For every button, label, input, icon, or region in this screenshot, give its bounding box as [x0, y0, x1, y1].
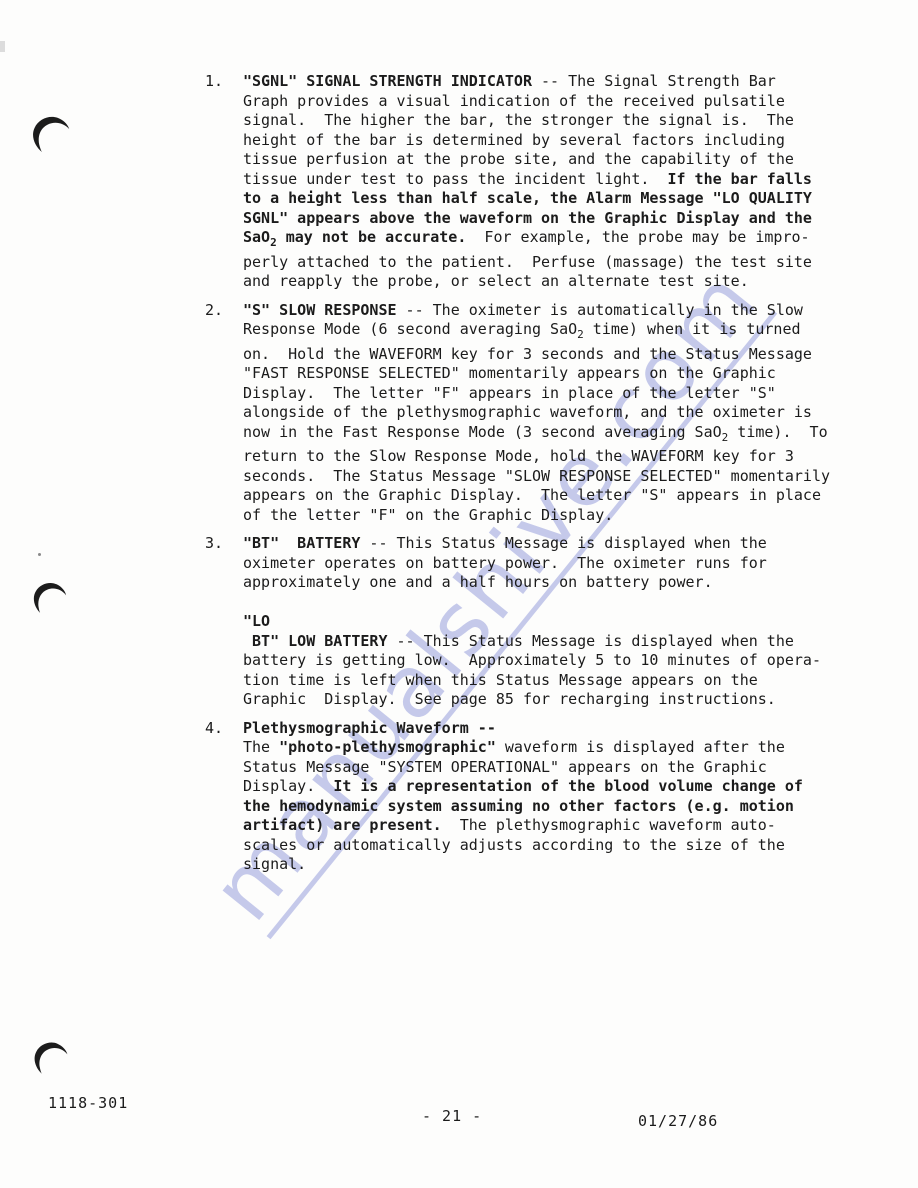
item-number-3: 3. — [205, 534, 243, 710]
bold-text: "SGNL" SIGNAL STRENGTH INDICATOR — [243, 72, 532, 90]
scanned-manual-page: manualshive.com 1. "SGNL" SIGNAL STRENGT… — [0, 0, 918, 1188]
item-number-2: 2. — [205, 301, 243, 526]
scan-artifact-crescent-1 — [26, 111, 73, 155]
subscript-text: 2 — [270, 236, 277, 249]
scan-artifact-edge-mark — [0, 41, 5, 52]
list-item-2: 2. "S" SLOW RESPONSE -- The oximeter is … — [205, 301, 845, 526]
subscript-text: 2 — [577, 328, 584, 341]
item-text-1: "SGNL" SIGNAL STRENGTH INDICATOR -- The … — [243, 72, 843, 292]
bold-text: may not be accurate. — [277, 228, 467, 246]
scan-artifact-crescent-3 — [29, 1038, 70, 1076]
item-text-4: Plethysmographic Waveform -- The "photo-… — [243, 719, 843, 875]
bold-text: "BT" BATTERY — [243, 534, 360, 552]
footer-date: 01/27/86 — [638, 1112, 718, 1130]
bold-text: Plethysmographic Waveform -- — [243, 719, 496, 737]
body-text: time) when it is turned on. Hold the WAV… — [243, 320, 812, 441]
bold-text: "photo-plethysmographic" — [279, 738, 496, 756]
item-text-2: "S" SLOW RESPONSE -- The oximeter is aut… — [243, 301, 843, 526]
item-number-1: 1. — [205, 72, 243, 292]
footer-page-number: - 21 - — [422, 1107, 482, 1125]
scan-artifact-dot — [38, 553, 41, 556]
body-text: The — [243, 738, 279, 756]
bold-text: "LO BT" LOW BATTERY — [243, 612, 388, 650]
list-item-4: 4. Plethysmographic Waveform -- The "pho… — [205, 719, 845, 875]
footer-doc-number: 1118-301 — [48, 1094, 128, 1112]
document-body: 1. "SGNL" SIGNAL STRENGTH INDICATOR -- T… — [205, 72, 845, 884]
list-item-3: 3. "BT" BATTERY -- This Status Message i… — [205, 534, 845, 710]
item-number-4: 4. — [205, 719, 243, 875]
bold-text: "S" SLOW RESPONSE — [243, 301, 397, 319]
scan-artifact-crescent-2 — [30, 579, 68, 614]
item-text-3: "BT" BATTERY -- This Status Message is d… — [243, 534, 843, 710]
numbered-list: 1. "SGNL" SIGNAL STRENGTH INDICATOR -- T… — [205, 72, 845, 875]
list-item-1: 1. "SGNL" SIGNAL STRENGTH INDICATOR -- T… — [205, 72, 845, 292]
